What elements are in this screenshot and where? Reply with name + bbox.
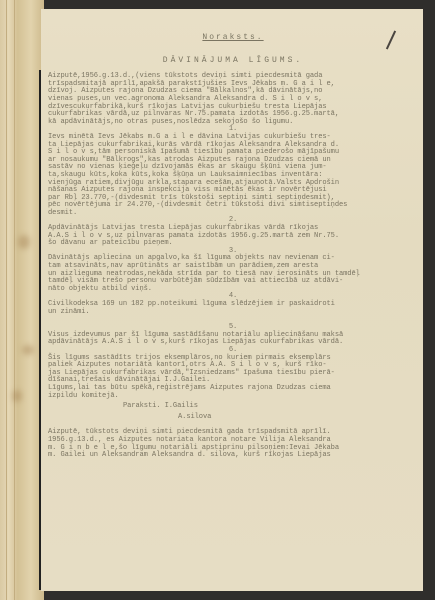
stain — [22, 345, 34, 355]
document-body: Noraksts. DĀVINĀJUMA LĪGUMS. Aizputē,195… — [48, 12, 418, 460]
document-title: Noraksts. — [48, 34, 418, 42]
section-text: Apdāvinātājs Latvijas tresta Liepājas cu… — [48, 225, 418, 248]
section-text: Ievs minētā Ievs Jēkabs m.G a i l e dāvi… — [48, 134, 418, 218]
paper-crease — [14, 0, 15, 600]
intro-paragraph: Aizputē,1956.g.13.d.,(viens tūkstots dev… — [48, 73, 418, 126]
signature-name-1: I.Gailis — [165, 402, 198, 410]
stain — [12, 390, 22, 402]
section-text: Visus izdevumus par šī līguma sastādīšan… — [48, 332, 418, 347]
signature-block: Paraksti. I.Gailis — [123, 403, 418, 411]
section-text: Dāvinātājs apliecina un apgalvo,ka šī lī… — [48, 255, 418, 293]
backing-paper — [0, 0, 44, 600]
paper-crease — [6, 0, 7, 600]
signature-label: Paraksti. — [123, 402, 160, 410]
section-text: Šis līgums sastādīts trijos eksemplāros,… — [48, 355, 418, 401]
signature-name-2: A.silova — [178, 413, 211, 421]
stain — [18, 235, 30, 249]
section-text: Civilkodeksa 169 un 182 pp.noteikumi līg… — [48, 301, 418, 316]
document-subtitle: DĀVINĀJUMA LĪGUMS. — [48, 57, 418, 65]
binding-line — [39, 70, 41, 590]
signature-block-2: A.silova — [178, 414, 418, 422]
notary-paragraph: Aizputē, tūkstots deviņi simti piecdesmi… — [48, 429, 418, 459]
